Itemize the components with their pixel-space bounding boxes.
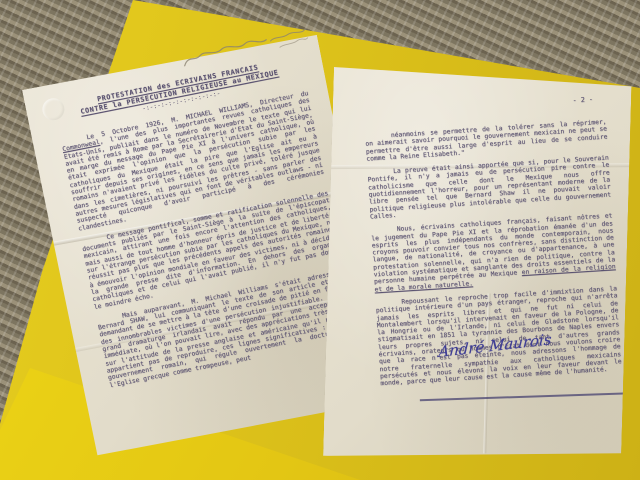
pen-line (420, 392, 640, 401)
typewritten-paragraph: Nous, écrivains catholiques français, fa… (371, 213, 617, 294)
page-number: - 2 - (363, 95, 605, 118)
page-2: - 2 - néanmoins se permettre de la tolér… (323, 64, 632, 464)
typewritten-paragraph: La preuve était ainsi apportée que si, p… (367, 155, 612, 221)
photo-scene: PROTESTATION des ECRIVAINS FRANCAIS CONT… (0, 0, 640, 480)
page-1-text-block: PROTESTATION des ECRIVAINS FRANCAIS CONT… (53, 55, 358, 396)
